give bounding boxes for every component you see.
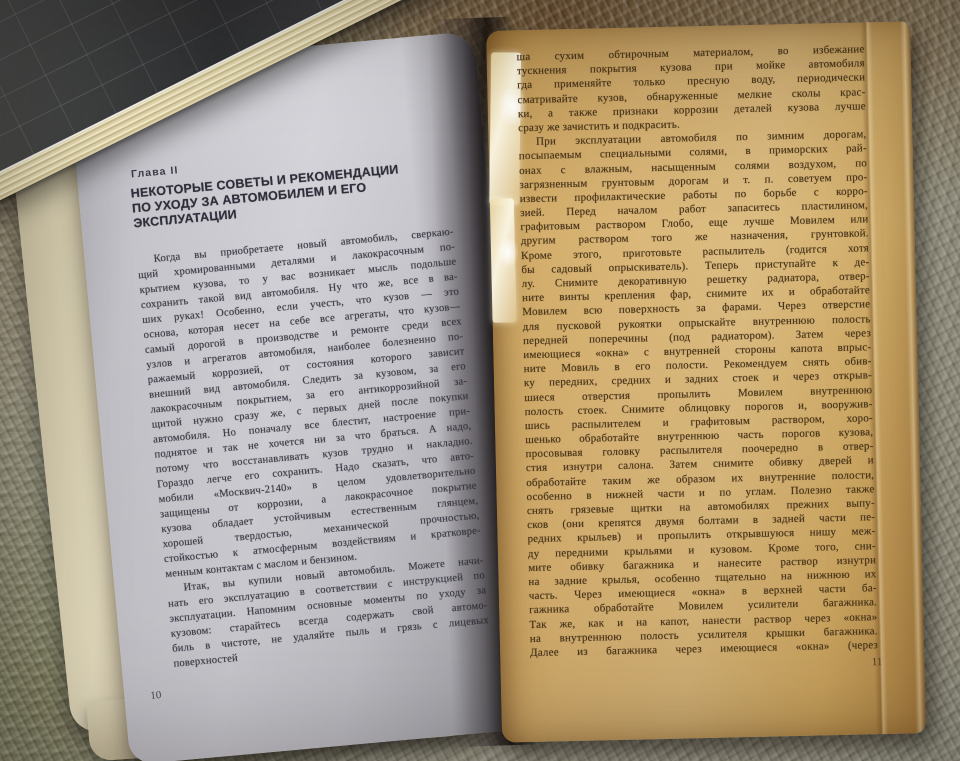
right-page-text: ша сухим обтирочным материалом, во избеж… <box>516 42 878 676</box>
tape-glare <box>493 230 524 275</box>
photo-scene: Глава II НЕКОТОРЫЕ СОВЕТЫ И РЕКОМЕНДАЦИИ… <box>0 0 960 761</box>
right-book-page: ша сухим обтирочным материалом, во избеж… <box>486 21 926 742</box>
right-page-body: ша сухим обтирочным материалом, во избеж… <box>516 42 878 660</box>
page-number-right: 11 <box>530 656 882 676</box>
